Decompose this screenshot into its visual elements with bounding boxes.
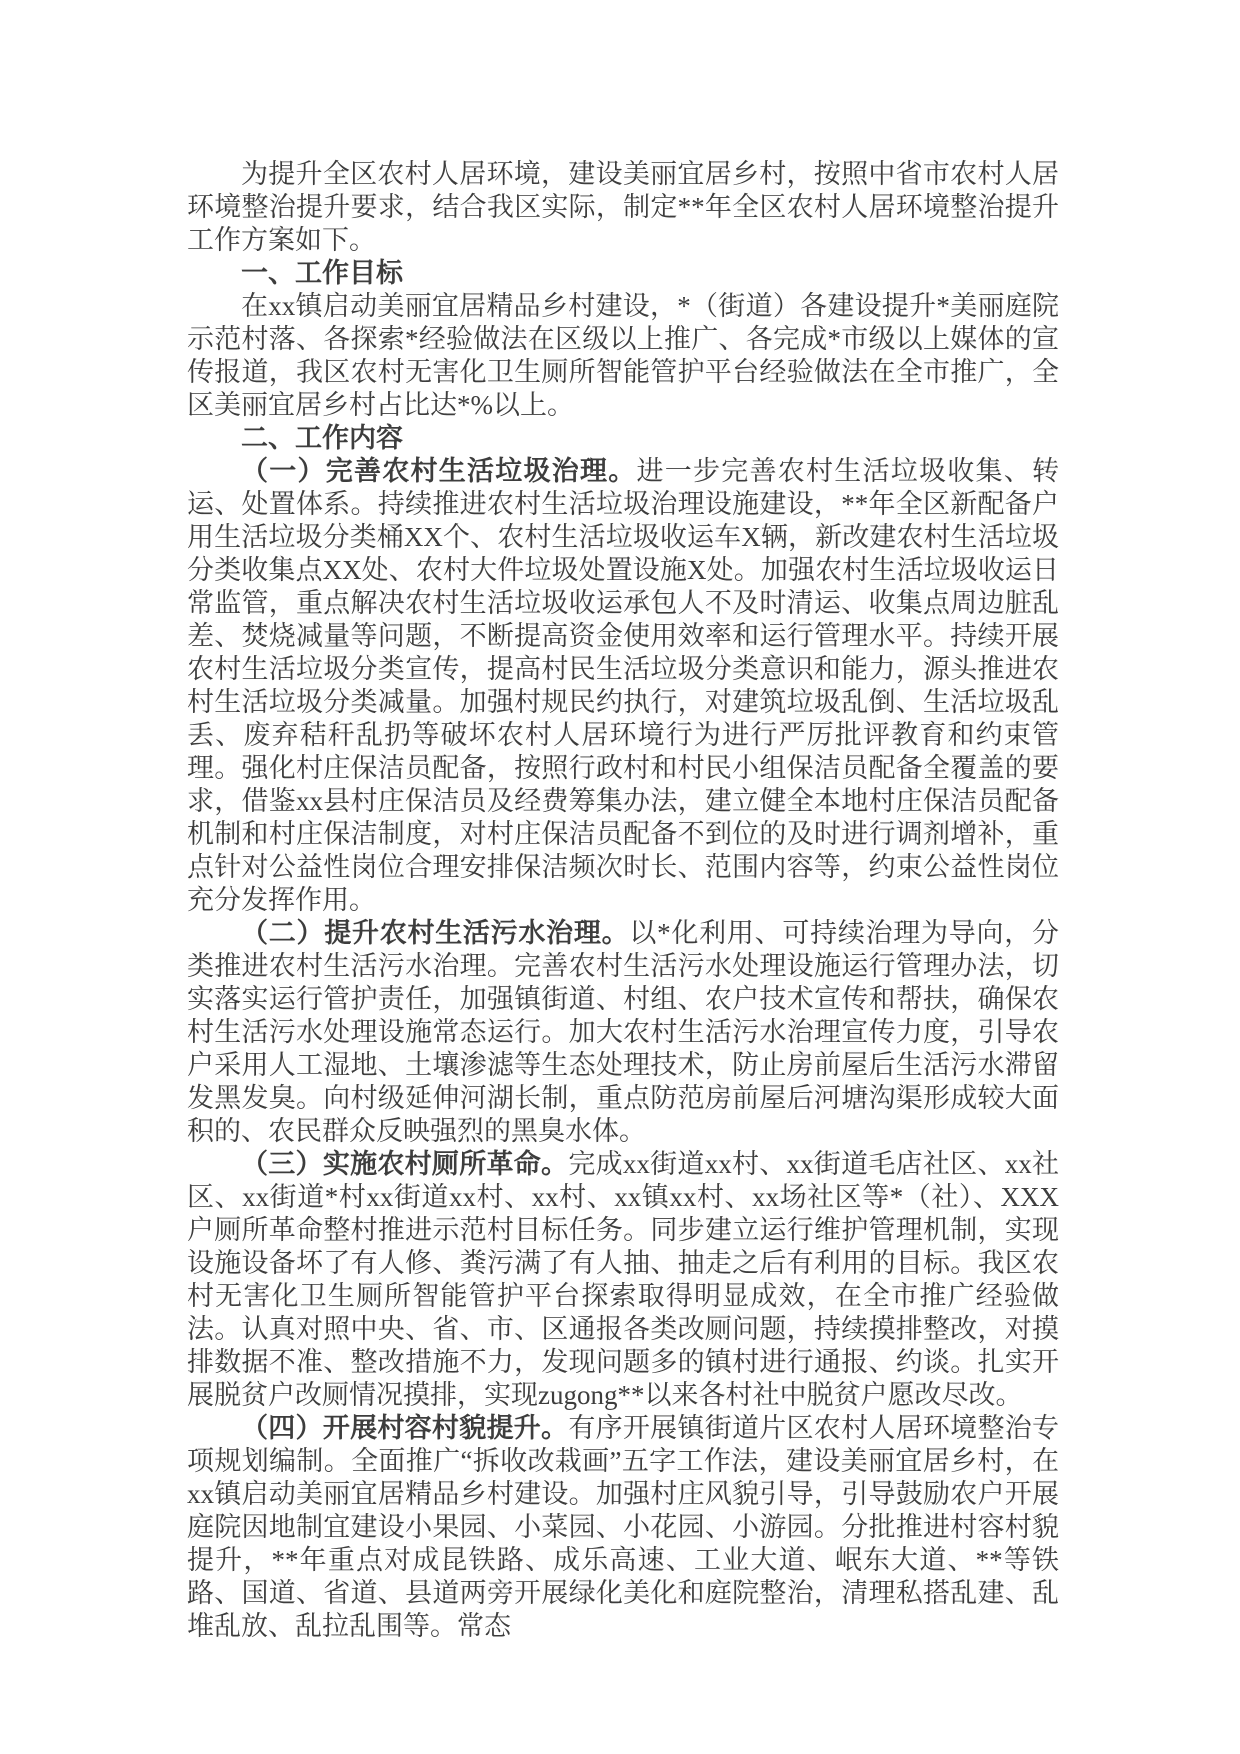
section-heading: 二、工作内容 bbox=[187, 422, 1059, 455]
document-page: 为提升全区农村人居环境，建设美丽宜居乡村，按照中省市农村人居环境整治提升要求，结… bbox=[0, 0, 1240, 1754]
paragraph-lead: （二）提升农村生活污水治理。 bbox=[241, 918, 629, 948]
paragraph-text: 有序开展镇街道片区农村人居环境整治专项规划编制。全面推广“拆收改栽画”五字工作法… bbox=[187, 1413, 1059, 1641]
paragraph-lead: （四）开展村容村貌提升。 bbox=[241, 1413, 568, 1443]
paragraph-text: 进一步完善农村生活垃圾收集、转运、处置体系。持续推进农村生活垃圾治理设施建设，*… bbox=[187, 456, 1059, 915]
section-heading: 一、工作目标 bbox=[187, 257, 1059, 290]
body-paragraph: 在xx镇启动美丽宜居精品乡村建设，*（街道）各建设提升*美丽庭院示范村落、各探索… bbox=[187, 290, 1059, 422]
body-paragraph: （四）开展村容村貌提升。有序开展镇街道片区农村人居环境整治专项规划编制。全面推广… bbox=[187, 1412, 1059, 1643]
body-paragraph: 为提升全区农村人居环境，建设美丽宜居乡村，按照中省市农村人居环境整治提升要求，结… bbox=[187, 158, 1059, 257]
body-paragraph: （三）实施农村厕所革命。完成xx街道xx村、xx街道毛店社区、xx社区、xx街道… bbox=[187, 1148, 1059, 1412]
body-paragraph: （一）完善农村生活垃圾治理。进一步完善农村生活垃圾收集、转运、处置体系。持续推进… bbox=[187, 455, 1059, 917]
document-body: 为提升全区农村人居环境，建设美丽宜居乡村，按照中省市农村人居环境整治提升要求，结… bbox=[187, 158, 1059, 1643]
paragraph-text: 以*化利用、可持续治理为导向，分类推进农村生活污水治理。完善农村生活污水处理设施… bbox=[187, 918, 1059, 1146]
paragraph-text: 完成xx街道xx村、xx街道毛店社区、xx社区、xx街道*村xx街道xx村、xx… bbox=[187, 1149, 1059, 1410]
paragraph-lead: （一）完善农村生活垃圾治理。 bbox=[241, 456, 637, 486]
paragraph-lead: （三）实施农村厕所革命。 bbox=[241, 1149, 568, 1179]
body-paragraph: （二）提升农村生活污水治理。以*化利用、可持续治理为导向，分类推进农村生活污水治… bbox=[187, 917, 1059, 1148]
